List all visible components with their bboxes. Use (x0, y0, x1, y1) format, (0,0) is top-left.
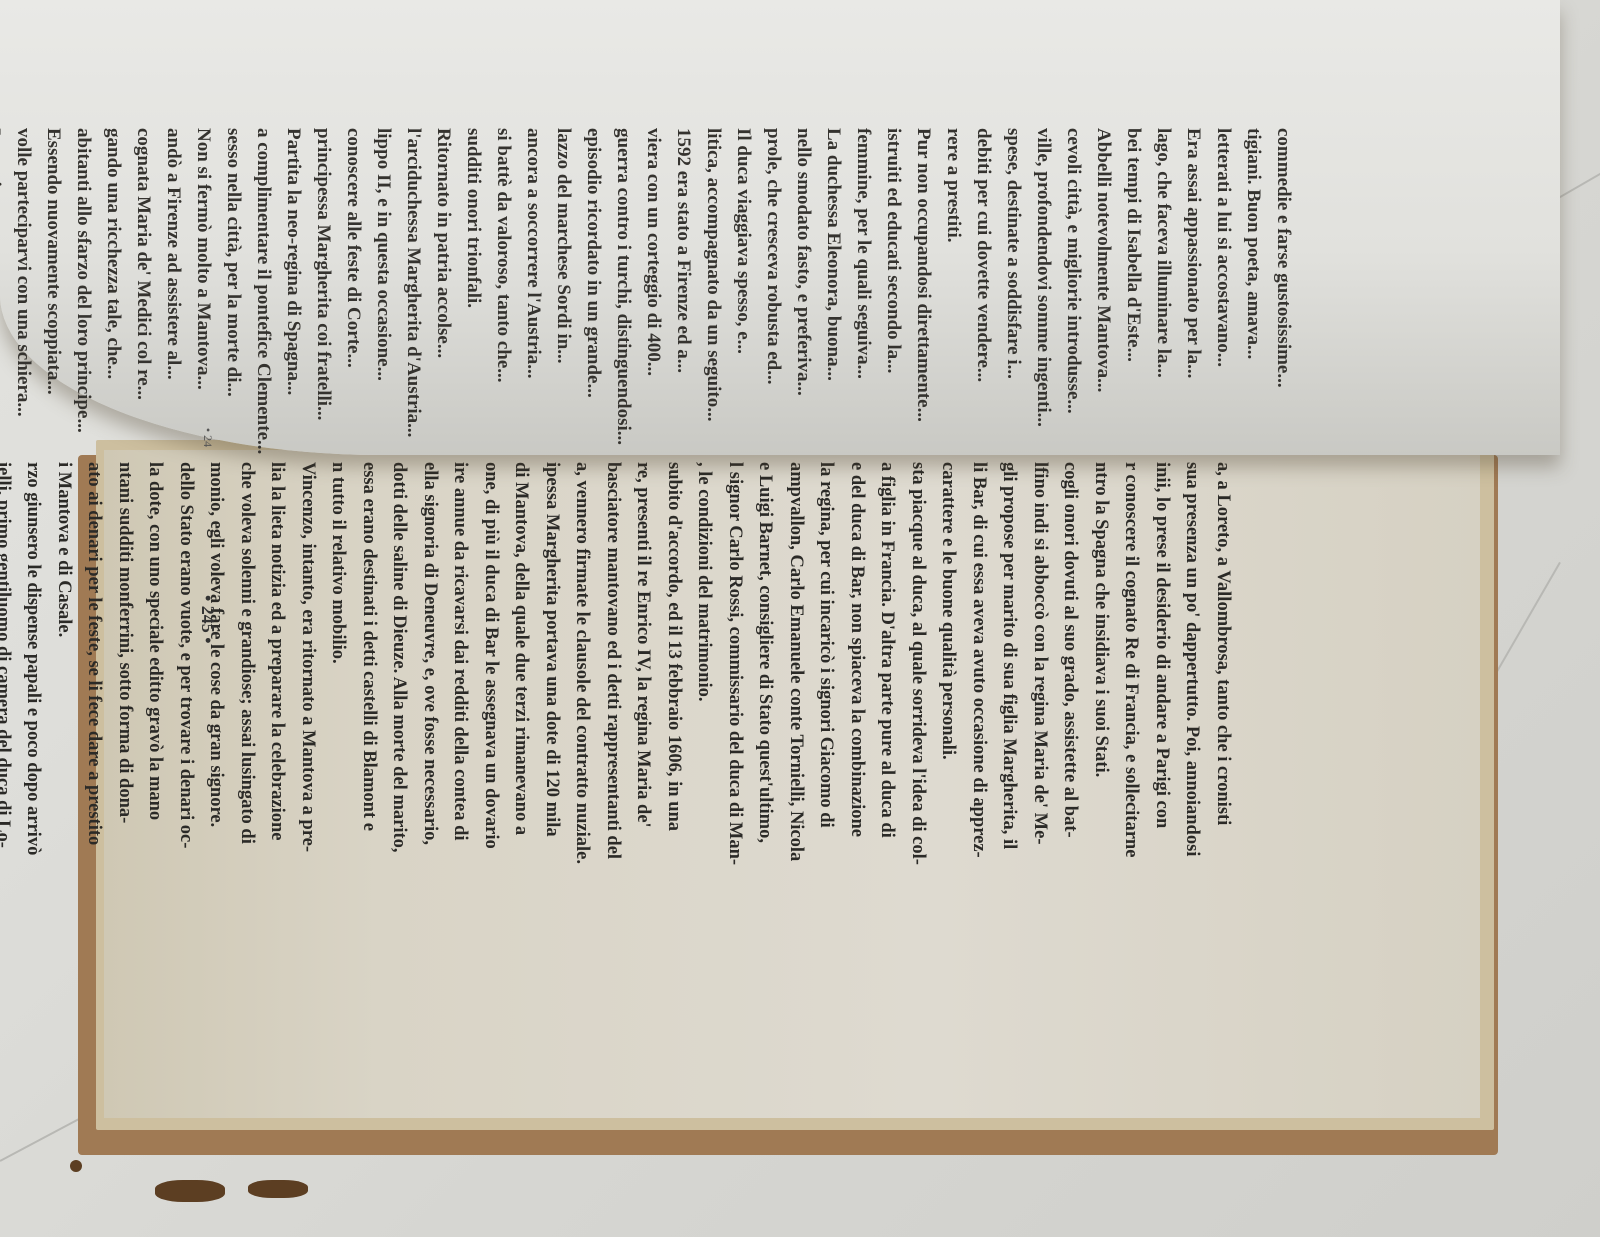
text-line: nello smodato fasto, e preferiva... (788, 128, 818, 448)
text-line: e del duca di Bar, non spiaceva la combi… (842, 462, 873, 1082)
text-line: commedie e farse gustosissime... (1268, 128, 1298, 448)
text-line: prole, che cresceva robusta ed... (758, 128, 788, 448)
text-line: ipessa Margherita portava una dote di 12… (537, 462, 568, 1082)
text-line: Essendo nuovamente scoppiata... (38, 128, 68, 448)
text-line: Era assai appassionato per la... (1178, 128, 1208, 448)
text-line: dello Stato erano vuote, e per trovare i… (171, 462, 202, 1082)
text-line: l signor Carlo Rossi, commissario del du… (720, 462, 751, 1082)
text-line: Il duca viaggiava spesso, e... (728, 128, 758, 448)
left-page-text: commedie e farse gustosissime...tigiani.… (0, 128, 1298, 448)
text-line: essa erano destinati i detti castelli di… (354, 462, 385, 1082)
text-line: Abbelli notevolmente Mantova... (1088, 128, 1118, 448)
text-line: principessa Margherita coi fratelli... (308, 128, 338, 448)
text-line: Vincenzo, intanto, era ritornato a Manto… (293, 462, 324, 1082)
text-line: n tutto il relativo mobilio. (323, 462, 354, 1082)
text-line: carattere e le buone qualità personali. (933, 462, 964, 1082)
text-line: Irrequieto sempre, non appena... (0, 128, 8, 448)
text-line: La duchessa Eleonora, buona... (818, 128, 848, 448)
text-line: r conoscere il cognato Re di Francia, e … (1116, 462, 1147, 1082)
text-line: di Mantova, della quale due terzi rimane… (506, 462, 537, 1082)
text-line: ella signoria di Deneuvre, e, ove fosse … (415, 462, 446, 1082)
text-line: ancora a soccorrere l'Austria... (518, 128, 548, 448)
text-line: 1592 era stato a Firenze ed a... (668, 128, 698, 448)
text-line: litica, accompagnato da un seguito... (698, 128, 728, 448)
text-line: tigiani. Buon poeta, amava... (1238, 128, 1268, 448)
text-line: episodio ricordato in un grande... (578, 128, 608, 448)
text-line: a, a Loreto, a Vallombrosa, tanto che i … (1208, 462, 1239, 1082)
text-line: sta piacque al duca, al quale sorrideva … (903, 462, 934, 1082)
text-line: , le condizioni del matrimonio. (689, 462, 720, 1082)
text-line: li Bar, di cui essa aveva avuto occasion… (964, 462, 995, 1082)
text-line: sesso nella città, per la morte di... (218, 128, 248, 448)
text-line: spese, destinate a soddisfare i... (998, 128, 1028, 448)
text-line: lia la lieta notizia ed a preparare la c… (262, 462, 293, 1082)
text-line: dotti delle saline di Dieuze. Alla morte… (384, 462, 415, 1082)
text-line: ampvallon, Carlo Emanuele conte Torniell… (781, 462, 812, 1082)
text-line: cogli onori dovuti al suo grado, assiste… (1055, 462, 1086, 1082)
text-line: e Luigi Barnet, consigliere di Stato que… (750, 462, 781, 1082)
text-line: abitanti allo sfarzo del loro principe..… (68, 128, 98, 448)
text-line: che voleva solenni e grandiose; assai lu… (232, 462, 263, 1082)
right-page-text: a, a Loreto, a Vallombrosa, tanto che i … (0, 462, 1238, 1082)
text-line: i Mantova e di Casale. (49, 462, 80, 1082)
text-line: a figlia in Francia. D'altra parte pure … (872, 462, 903, 1082)
text-line: andò a Firenze ad assistere al... (158, 128, 188, 448)
text-line: sua presenza un po' dappertutto. Poi, an… (1177, 462, 1208, 1082)
text-line: lago, che faceva illuminare la... (1148, 128, 1178, 448)
text-line: ire annue da ricavarsi dai redditi della… (445, 462, 476, 1082)
text-line: ielli, primo gentiluomo di camera del du… (0, 462, 18, 1082)
text-line: conoscere alle feste di Corte... (338, 128, 368, 448)
cover-damage (70, 1160, 82, 1172)
text-line: Pur non occupandosi direttamente... (908, 128, 938, 448)
text-line: lfino indi si abboccò con la regina Mari… (1025, 462, 1056, 1082)
text-line: si battè da valoroso, tanto che... (488, 128, 518, 448)
text-line: viera con un corteggio di 400... (638, 128, 668, 448)
left-page-number-fragment: • 24 (200, 428, 215, 447)
text-line: lazzo del marchese Sordi in... (548, 128, 578, 448)
text-line: gando una ricchezza tale, che... (98, 128, 128, 448)
text-line: lippo II, e in questa occasione... (368, 128, 398, 448)
text-line: istruiti ed educati secondo la... (878, 128, 908, 448)
text-line: la regina, per cui incaricò i signori Gi… (811, 462, 842, 1082)
text-line: ntani sudditi monferrini, sotto forma di… (110, 462, 141, 1082)
text-line: cevoli città, e migliorie introdusse... (1058, 128, 1088, 448)
text-line: sudditi onori trionfali. (458, 128, 488, 448)
text-line: cognata Maria de' Medici col re... (128, 128, 158, 448)
text-line: ville, profondendovi somme ingenti... (1028, 128, 1058, 448)
text-line: la dote, con uno speciale editto gravò l… (140, 462, 171, 1082)
text-line: basciatore mantovano ed i detti rapprese… (598, 462, 629, 1082)
text-line: monio, egli voleva fare le cose da gran … (201, 462, 232, 1082)
text-line: ato ai denari per le feste, se li fece d… (79, 462, 110, 1082)
text-line: l'arciduchessa Margherita d'Austria... (398, 128, 428, 448)
text-line: rere a prestiti. (938, 128, 968, 448)
text-line: bei tempi di Isabella d'Este... (1118, 128, 1148, 448)
cover-damage (248, 1180, 308, 1198)
text-line: a, vennero firmate le clausole del contr… (567, 462, 598, 1082)
text-line: ntro la Spagna che insidiava i suoi Stat… (1086, 462, 1117, 1082)
text-line: inii, lo prese il desiderio di andare a … (1147, 462, 1178, 1082)
text-line: Non si fermò molto a Mantova... (188, 128, 218, 448)
text-line: femmine, per le quali seguiva... (848, 128, 878, 448)
text-line: re, presenti il re Enrico IV, la regina … (628, 462, 659, 1082)
cover-damage (155, 1180, 225, 1202)
text-line: Partita la neo-regina di Spagna... (278, 128, 308, 448)
text-line: rzo giunsero le dispense papali e poco d… (18, 462, 49, 1082)
page-number: • 245 • (197, 595, 218, 644)
text-line: one, di più il duca di Bar le assegnava … (476, 462, 507, 1082)
text-line: subito d'accordo, ed il 13 febbraio 1606… (659, 462, 690, 1082)
text-line: letterati a lui si accostavano... (1208, 128, 1238, 448)
text-line: volle parteciparvi con una schiera... (8, 128, 38, 448)
text-line: debiti per cui dovette vendere... (968, 128, 998, 448)
text-line: gli propose per marito di sua figlia Mar… (994, 462, 1025, 1082)
text-line: Ritornato in patria accolse... (428, 128, 458, 448)
text-line: a complimentare il pontefice Clemente... (248, 128, 278, 448)
text-line: guerra contro i turchi, distinguendosi..… (608, 128, 638, 448)
